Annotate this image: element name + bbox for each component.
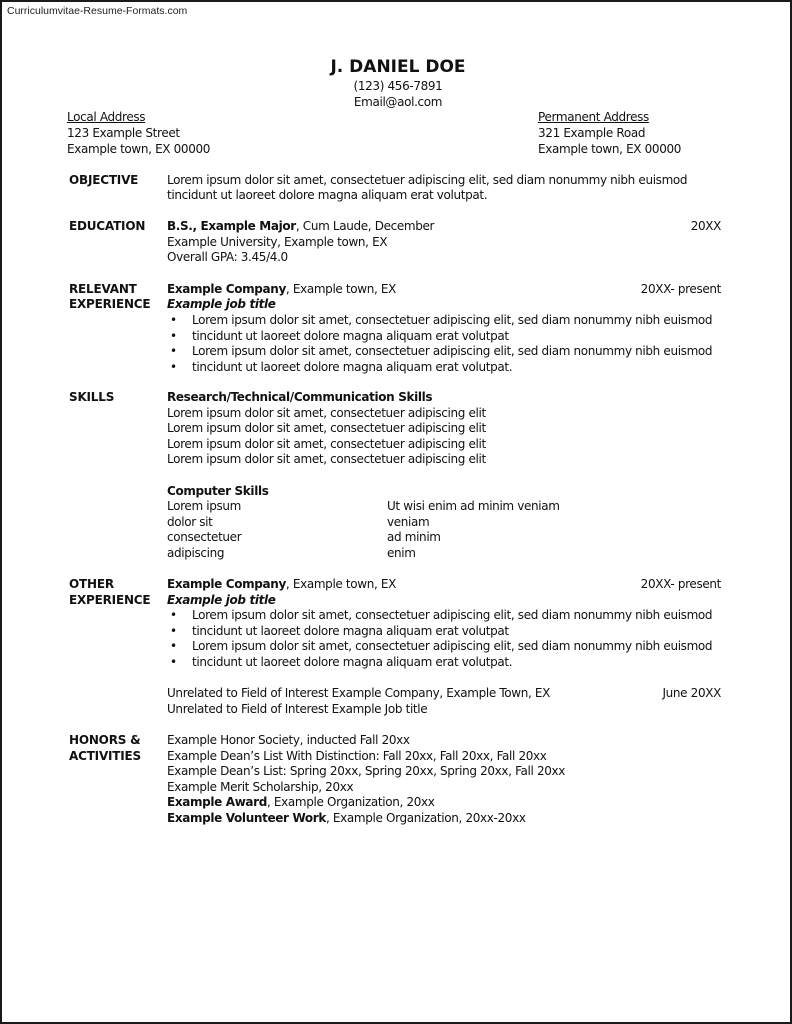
- bullet-icon: •: [170, 624, 177, 640]
- resume-page: Curriculumvitae-Resume-Formats.com J. DA…: [0, 0, 792, 1024]
- relevant-experience-heading-line2: EXPERIENCE: [69, 297, 150, 313]
- other-experience-date: 20XX- present: [641, 577, 721, 593]
- honor-item: Example Dean’s List: Spring 20xx, Spring…: [167, 764, 565, 780]
- award-name: Example Award: [167, 795, 267, 809]
- company-location: , Example town, EX: [286, 577, 396, 591]
- phone-number: (123) 456-7891: [2, 79, 792, 95]
- company-name: Example Company: [167, 577, 286, 591]
- degree-details: , Cum Laude, December: [296, 219, 434, 233]
- research-skills-heading: Research/Technical/Communication Skills: [167, 390, 432, 406]
- bullet-item: •Lorem ipsum dolor sit amet, consectetue…: [168, 639, 712, 655]
- bullet-item: •tincidunt ut laoreet dolore magna aliqu…: [168, 624, 712, 640]
- degree-line: B.S., Example Major, Cum Laude, December: [167, 219, 434, 235]
- objective-line: Lorem ipsum dolor sit amet, consectetuer…: [167, 173, 687, 189]
- education-heading: EDUCATION: [69, 219, 145, 235]
- honor-item: Example Merit Scholarship, 20xx: [167, 780, 353, 796]
- other-job-title: Example job title: [167, 593, 276, 609]
- gpa: Overall GPA: 3.45/4.0: [167, 250, 288, 266]
- bullet-icon: •: [170, 344, 177, 360]
- research-skill-line: Lorem ipsum dolor sit amet, consectetuer…: [167, 406, 486, 422]
- computer-skills-heading: Computer Skills: [167, 484, 269, 500]
- bullet-item: •Lorem ipsum dolor sit amet, consectetue…: [168, 344, 712, 360]
- bullet-icon: •: [170, 329, 177, 345]
- relevant-company-line: Example Company, Example town, EX: [167, 282, 396, 298]
- computer-skill-right: ad minim: [387, 530, 441, 546]
- email-address: Email@aol.com: [2, 95, 792, 111]
- bullet-item: •tincidunt ut laoreet dolore magna aliqu…: [168, 329, 712, 345]
- volunteer-details: , Example Organization, 20xx-20xx: [326, 811, 526, 825]
- computer-skill-left: dolor sit: [167, 515, 213, 531]
- relevant-experience-bullets: •Lorem ipsum dolor sit amet, consectetue…: [168, 313, 712, 375]
- volunteer-name: Example Volunteer Work: [167, 811, 326, 825]
- bullet-icon: •: [170, 655, 177, 671]
- local-address-line2: Example town, EX 00000: [67, 142, 210, 158]
- skills-heading: SKILLS: [69, 390, 114, 406]
- research-skill-line: Lorem ipsum dolor sit amet, consectetuer…: [167, 421, 486, 437]
- local-address-label: Local Address: [67, 110, 145, 126]
- permanent-address-label: Permanent Address: [538, 110, 649, 126]
- bullet-item: •tincidunt ut laoreet dolore magna aliqu…: [168, 360, 712, 376]
- honors-heading-line2: ACTIVITIES: [69, 749, 141, 765]
- permanent-address-line1: 321 Example Road: [538, 126, 645, 142]
- other-experience-heading-line2: EXPERIENCE: [69, 593, 150, 609]
- honor-item-award: Example Award, Example Organization, 20x…: [167, 795, 435, 811]
- honors-heading-line1: HONORS &: [69, 733, 140, 749]
- bullet-icon: •: [170, 360, 177, 376]
- bullet-item: •tincidunt ut laoreet dolore magna aliqu…: [168, 655, 712, 671]
- objective-line: tincidunt ut laoreet dolore magna aliqua…: [167, 188, 487, 204]
- permanent-address-line2: Example town, EX 00000: [538, 142, 681, 158]
- company-name: Example Company: [167, 282, 286, 296]
- other-company-line: Example Company, Example town, EX: [167, 577, 396, 593]
- unrelated-date: June 20XX: [662, 686, 721, 702]
- company-location: , Example town, EX: [286, 282, 396, 296]
- computer-skill-left: consectetuer: [167, 530, 241, 546]
- unrelated-company: Unrelated to Field of Interest Example C…: [167, 686, 550, 702]
- computer-skill-right: Ut wisi enim ad minim veniam: [387, 499, 560, 515]
- honor-item: Example Dean’s List With Distinction: Fa…: [167, 749, 547, 765]
- computer-skill-left: adipiscing: [167, 546, 224, 562]
- other-experience-bullets: •Lorem ipsum dolor sit amet, consectetue…: [168, 608, 712, 670]
- bullet-icon: •: [170, 313, 177, 329]
- candidate-name: J. DANIEL DOE: [2, 60, 792, 76]
- honor-item-volunteer: Example Volunteer Work, Example Organiza…: [167, 811, 526, 827]
- honor-item: Example Honor Society, inducted Fall 20x…: [167, 733, 410, 749]
- computer-skill-left: Lorem ipsum: [167, 499, 241, 515]
- award-details: , Example Organization, 20xx: [267, 795, 435, 809]
- computer-skill-right: enim: [387, 546, 416, 562]
- watermark-text: Curriculumvitae-Resume-Formats.com: [7, 5, 187, 17]
- relevant-job-title: Example job title: [167, 297, 276, 313]
- objective-heading: OBJECTIVE: [69, 173, 138, 189]
- school-name: Example University, Example town, EX: [167, 235, 387, 251]
- other-experience-heading-line1: OTHER: [69, 577, 114, 593]
- local-address-line1: 123 Example Street: [67, 126, 180, 142]
- bullet-icon: •: [170, 608, 177, 624]
- relevant-experience-date: 20XX- present: [641, 282, 721, 298]
- education-date: 20XX: [691, 219, 721, 235]
- computer-skill-right: veniam: [387, 515, 429, 531]
- unrelated-job-title: Unrelated to Field of Interest Example J…: [167, 702, 427, 718]
- research-skill-line: Lorem ipsum dolor sit amet, consectetuer…: [167, 452, 486, 468]
- relevant-experience-heading-line1: RELEVANT: [69, 282, 137, 298]
- bullet-icon: •: [170, 639, 177, 655]
- bullet-item: •Lorem ipsum dolor sit amet, consectetue…: [168, 313, 712, 329]
- research-skill-line: Lorem ipsum dolor sit amet, consectetuer…: [167, 437, 486, 453]
- bullet-item: •Lorem ipsum dolor sit amet, consectetue…: [168, 608, 712, 624]
- degree-name: B.S., Example Major: [167, 219, 296, 233]
